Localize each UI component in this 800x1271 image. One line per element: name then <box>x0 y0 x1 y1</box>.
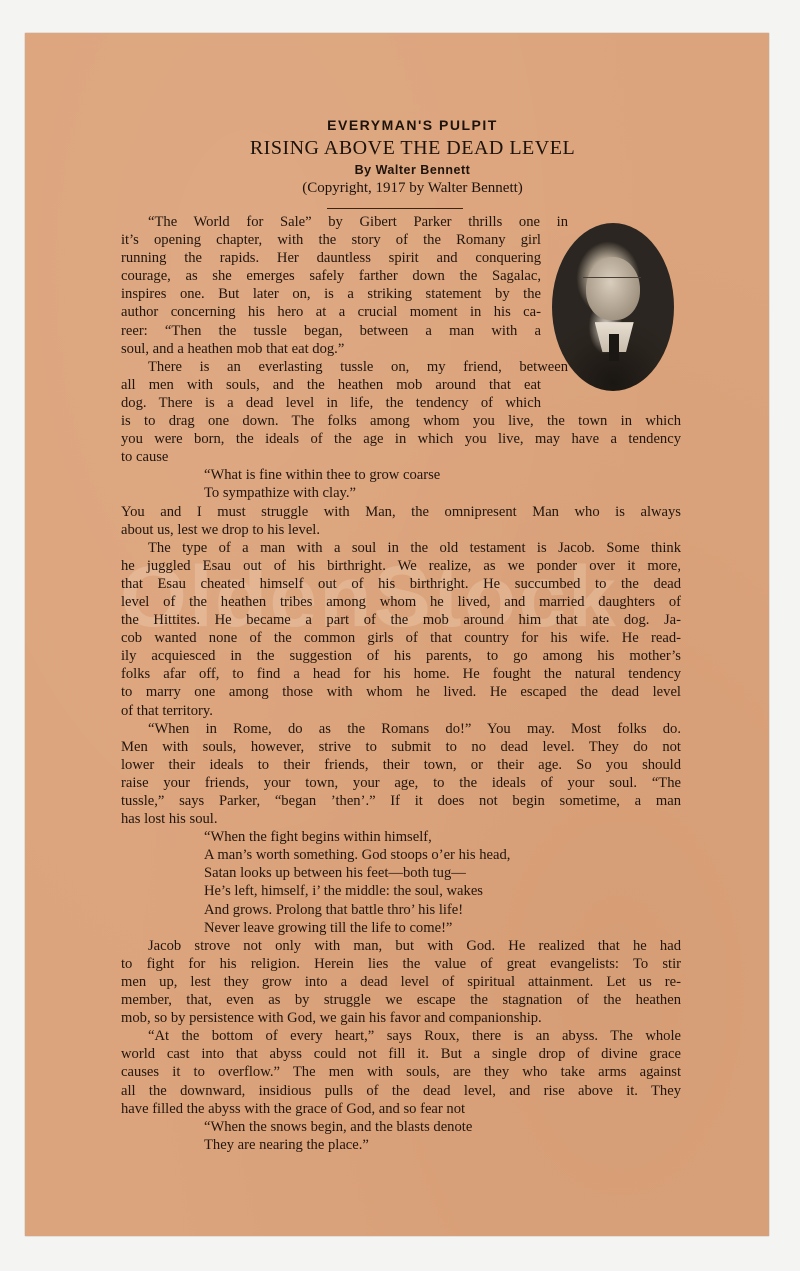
text-line: “When the fight begins within himself, <box>121 828 681 846</box>
text-line: dog. There is a dead level in life, the … <box>121 394 541 412</box>
text-line: world cast into that abyss could not fil… <box>121 1045 681 1063</box>
text-line: A man’s worth something. God stoops o’er… <box>121 846 681 864</box>
text-line: author concerning his hero at a crucial … <box>121 303 541 321</box>
text-line: folks afar off, to find a head for his h… <box>121 665 681 683</box>
text-line: member, that, even as by struggle we esc… <box>121 991 681 1009</box>
text-line: The type of a man with a soul in the old… <box>121 539 681 557</box>
text-line: the Hittites. He became a part of the mo… <box>121 611 681 629</box>
text-line: to cause <box>121 448 681 466</box>
text-line: soul, and a heathen mob that eat dog.” <box>121 340 541 358</box>
text-line: To sympathize with clay.” <box>121 484 681 502</box>
text-line: ily acquiesced in the suggestion of his … <box>121 647 681 665</box>
text-line: he juggled Esau out of his birthright. W… <box>121 557 681 575</box>
text-line: it’s opening chapter, with the story of … <box>121 231 541 249</box>
text-line: level of the heathen tribes among whom h… <box>121 593 681 611</box>
text-line: Never leave growing till the life to com… <box>121 919 681 937</box>
text-line: that Esau cheated himself out of his bir… <box>121 575 681 593</box>
text-line: all the downward, insidious pulls of the… <box>121 1082 681 1100</box>
text-line: They are nearing the place.” <box>121 1136 681 1154</box>
text-line: cob wanted none of the common girls of t… <box>121 629 681 647</box>
text-line: He’s left, himself, i’ the middle: the s… <box>121 882 681 900</box>
text-line: You and I must struggle with Man, the om… <box>121 503 681 521</box>
text-line: “At the bottom of every heart,” says Rou… <box>121 1027 681 1045</box>
text-line: tussle,” says Parker, “began ’then’.” If… <box>121 792 681 810</box>
text-line: “When the snows begin, and the blasts de… <box>121 1118 681 1136</box>
text-line: you were born, the ideals of the age in … <box>121 430 681 448</box>
text-line: Satan looks up between his feet—both tug… <box>121 864 681 882</box>
article-title: RISING ABOVE THE DEAD LEVEL <box>25 137 800 160</box>
text-line: There is an everlasting tussle on, my fr… <box>121 358 568 376</box>
text-line: And grows. Prolong that battle thro’ his… <box>121 901 681 919</box>
column-kicker: EVERYMAN'S PULPIT <box>25 117 800 133</box>
text-line: running the rapids. Her dauntless spirit… <box>121 249 541 267</box>
text-line: courage, as she emerges safely farther d… <box>121 267 541 285</box>
text-line: have filled the abyss with the grace of … <box>121 1100 681 1118</box>
text-line: causes it to overflow.” The men with sou… <box>121 1063 681 1081</box>
text-line: “The World for Sale” by Gibert Parker th… <box>121 213 568 231</box>
text-line: is to drag one down. The folks among who… <box>121 412 681 430</box>
text-line: to fight for his religion. Herein lies t… <box>121 955 681 973</box>
text-line: of that territory. <box>121 702 681 720</box>
text-line: “What is fine within thee to grow coarse <box>121 466 681 484</box>
byline: By Walter Bennett <box>25 163 800 177</box>
text-line: Jacob strove not only with man, but with… <box>121 937 681 955</box>
text-line: to marry one among those with whom he li… <box>121 683 681 701</box>
text-line: men up, lest they grow into a dead level… <box>121 973 681 991</box>
copyright-notice: (Copyright, 1917 by Walter Bennett) <box>25 180 800 197</box>
text-line: Men with souls, however, strive to submi… <box>121 738 681 756</box>
text-line: raise your friends, your town, your age,… <box>121 774 681 792</box>
text-line: inspires one. But later on, is a strikin… <box>121 285 541 303</box>
text-line: reer: “Then the tussle began, between a … <box>121 322 541 340</box>
text-line: lower their ideals to their friends, the… <box>121 756 681 774</box>
text-line: “When in Rome, do as the Romans do!” You… <box>121 720 681 738</box>
title-divider <box>327 208 463 209</box>
text-line: about us, lest we drop to his level. <box>121 521 681 539</box>
text-line: mob, so by persistence with God, we gain… <box>121 1009 681 1027</box>
text-line: has lost his soul. <box>121 810 681 828</box>
text-line: all men with souls, and the heathen mob … <box>121 376 541 394</box>
article-body: “The World for Sale” by Gibert Parker th… <box>121 213 681 1154</box>
